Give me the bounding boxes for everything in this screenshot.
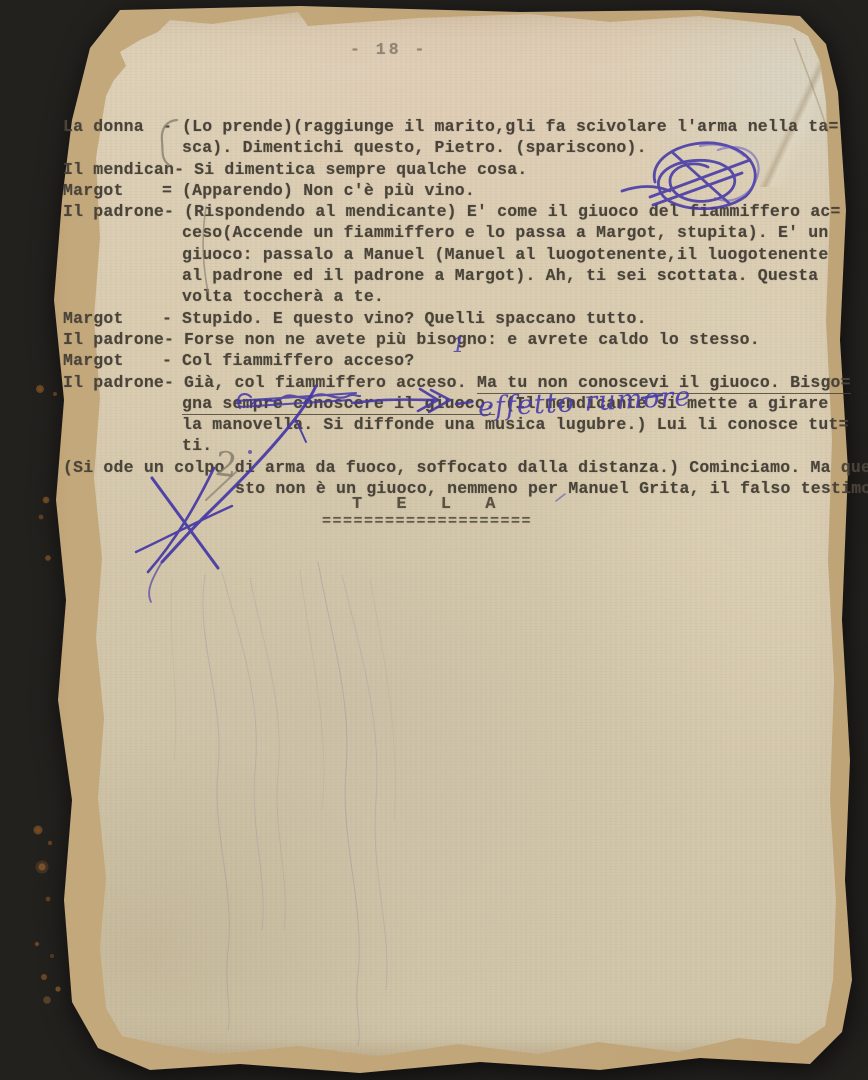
script-line: Il padrone-Forse non ne avete più bisogn… — [63, 329, 858, 350]
dialogue-text: (Il mendicante si mette a girare — [495, 394, 828, 413]
script-line: ceso(Accende un fiammiffero e lo passa a… — [182, 222, 858, 243]
script-line: Il mendican-Si dimentica sempre qualche … — [63, 159, 858, 180]
script-line: Margot=(Apparendo) Non c'è più vino. — [63, 180, 858, 201]
speaker-name: Margot — [63, 308, 162, 329]
scanned-script-page: - 18 - La donna-(Lo prende)(raggiunge il… — [0, 0, 868, 1080]
curtain-word: T E L A — [352, 495, 507, 514]
speaker-dash: - — [162, 116, 182, 137]
speaker-name: Il padrone — [63, 372, 164, 393]
page-number: - 18 - — [350, 40, 427, 59]
script-line: Il padrone-(Rispondendo al mendicante) E… — [63, 201, 858, 222]
underlined-dialogue-text: Ma tu non conoscevi il giuoco. Bisgo= — [477, 373, 851, 394]
stage-direction-line: sto non è un giuoco, nemmeno per Manuel … — [235, 478, 858, 499]
speaker-dash: - — [162, 350, 182, 371]
script-line: Il padrone-Già, col fiammiffero acceso. … — [63, 372, 858, 393]
dialogue-text: ceso(Accende un fiammiffero e lo passa a… — [182, 223, 829, 242]
script-line: Margot-Col fiammiffero acceso? — [63, 350, 858, 371]
speaker-name: Margot — [63, 350, 162, 371]
dialogue-text: Forse non ne avete più bisogno: e avrete… — [184, 330, 760, 349]
speaker-name: Il padrone — [63, 329, 164, 350]
speaker-name: Il mendican — [63, 159, 174, 180]
dialogue-text: volta toccherà a te. — [182, 287, 384, 306]
dialogue-text: (Rispondendo al mendicante) E' come il g… — [184, 202, 841, 221]
speaker-dash: = — [162, 180, 182, 201]
speaker-dash: - — [162, 308, 182, 329]
script-line: ti. — [182, 435, 858, 456]
dialogue-text: giuoco: passalo a Manuel (Manuel al luog… — [182, 245, 829, 264]
dialogue-text: la manovella. Si diffonde una musica lug… — [182, 415, 849, 434]
dialogue-text: Già, col fiammiffero acceso. — [184, 373, 477, 392]
stage-direction-line: (Si ode un colpo di arma da fuoco, soffo… — [63, 457, 858, 478]
speaker-dash: - — [164, 372, 184, 393]
stage-direction-text: sto non è un giuoco, nemmeno per Manuel … — [235, 479, 868, 498]
stage-direction-text: (Si ode un colpo di arma da fuoco, soffo… — [63, 458, 868, 477]
script-line: La donna-(Lo prende)(raggiunge il marito… — [63, 116, 858, 137]
speaker-dash: - — [164, 201, 184, 222]
dialogue-text: Si dimentica sempre qualche cosa. — [194, 160, 527, 179]
script-line: al padrone ed il padrone a Margot). Ah, … — [182, 265, 858, 286]
script-line: Margot-Stupido. E questo vino? Quelli sp… — [63, 308, 858, 329]
script-line: sca). Dimentichi questo, Pietro. (sparis… — [182, 137, 858, 158]
typewritten-text: La donna-(Lo prende)(raggiunge il marito… — [63, 116, 858, 499]
speaker-name: Il padrone — [63, 201, 164, 222]
speaker-name: La donna — [63, 116, 162, 137]
dialogue-text: sca). Dimentichi questo, Pietro. (sparis… — [182, 138, 647, 157]
dialogue-text: Stupido. E questo vino? Quelli spaccano … — [182, 309, 647, 328]
dialogue-text: (Lo prende)(raggiunge il marito,gli fa s… — [182, 117, 839, 136]
dialogue-text: al padrone ed il padrone a Margot). Ah, … — [182, 266, 818, 285]
script-line: gna sempre conoscere il giuoco. (Il mend… — [182, 393, 858, 414]
dialogue-text: (Apparendo) Non c'è più vino. — [182, 181, 475, 200]
speaker-name: Margot — [63, 180, 162, 201]
dialogue-text: ti. — [182, 436, 212, 455]
dialogue-text: Col fiammiffero acceso? — [182, 351, 414, 370]
script-line: la manovella. Si diffonde una musica lug… — [182, 414, 858, 435]
script-line: volta toccherà a te. — [182, 286, 858, 307]
underlined-dialogue-text: gna sempre conoscere il giuoco. — [182, 394, 495, 415]
curtain-underline: ==================== — [322, 513, 532, 530]
script-line: giuoco: passalo a Manuel (Manuel al luog… — [182, 244, 858, 265]
speaker-dash: - — [164, 329, 184, 350]
speaker-dash: - — [174, 159, 194, 180]
